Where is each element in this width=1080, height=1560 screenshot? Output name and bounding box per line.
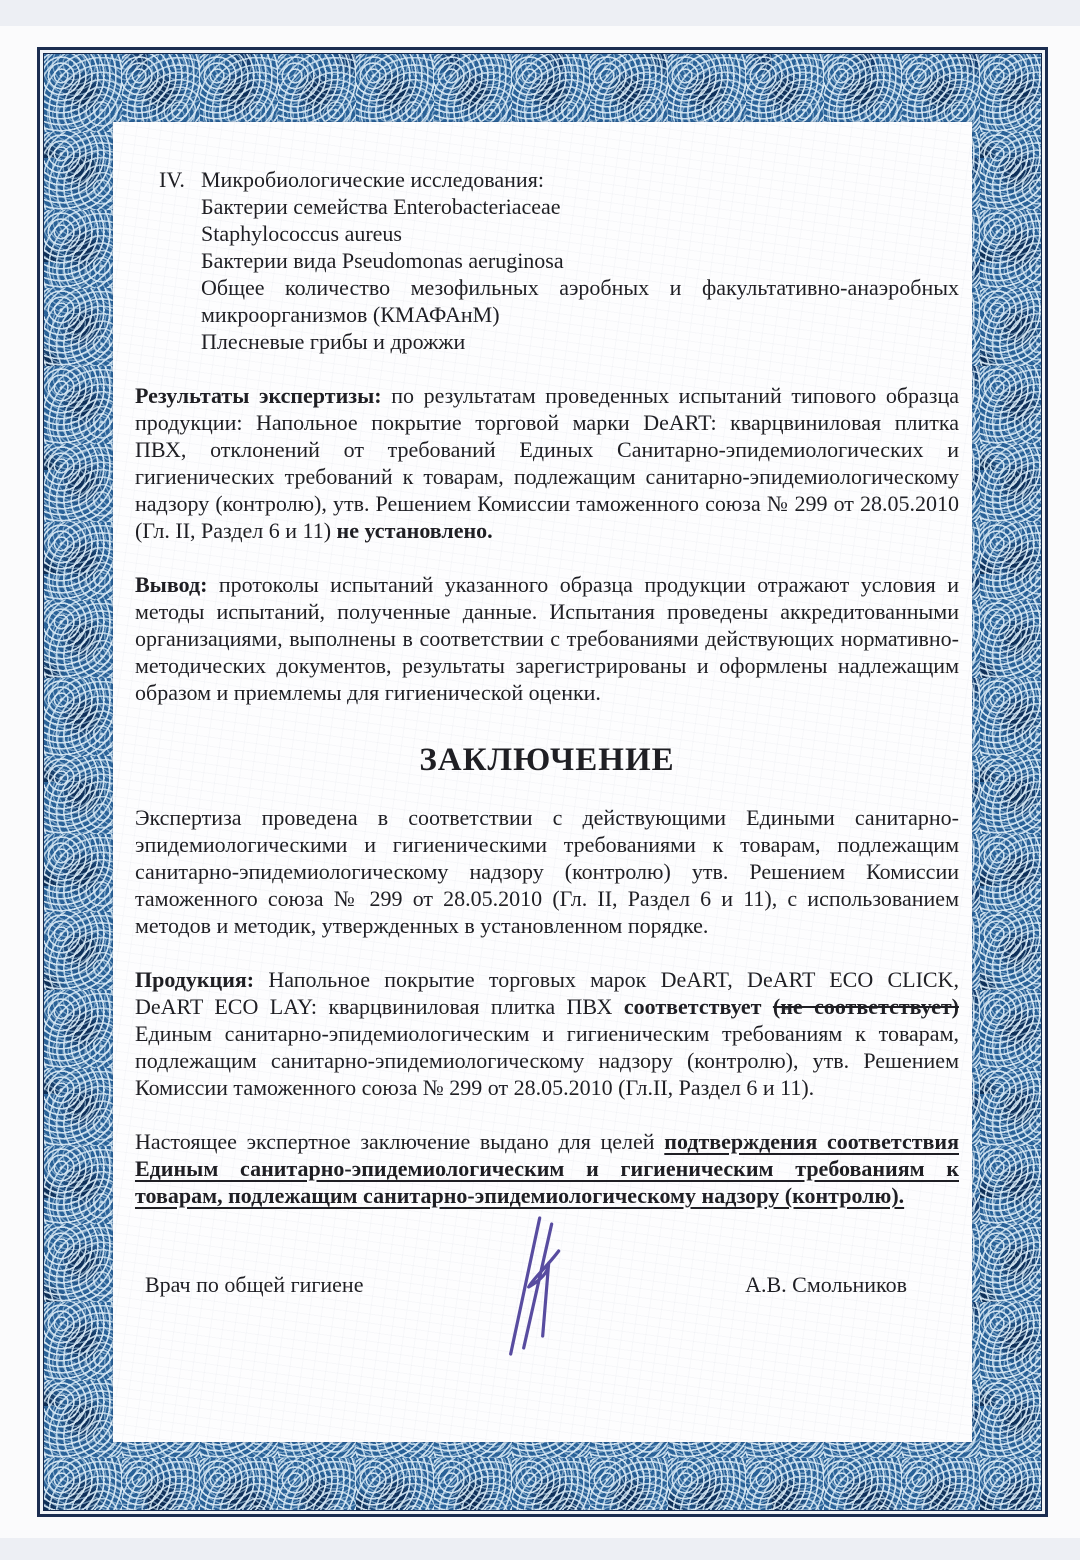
document-paper: IV. Микробиологические исследования: Бак…	[113, 122, 972, 1442]
scan-edge-bottom	[0, 1538, 1080, 1560]
section-title: Микробиологические исследования:	[201, 166, 959, 193]
conclusion-paragraph: Вывод: протоколы испытаний указанного об…	[135, 571, 959, 706]
microbiology-item: Staphylococcus aureus	[201, 220, 959, 247]
microbiology-item: Плесневые грибы и дрожжи	[201, 328, 959, 355]
production-match: соответствует	[624, 994, 762, 1019]
section-body: Микробиологические исследования: Бактери…	[201, 166, 959, 355]
purpose-text: Настоящее экспертное заключение выдано д…	[135, 1129, 655, 1154]
scan-edge-top	[0, 0, 1080, 26]
production-paragraph: Продукция: Напольное покрытие торговых м…	[135, 966, 959, 1101]
certificate-frame: IV. Микробиологические исследования: Бак…	[37, 47, 1048, 1517]
production-mismatch-struck: (не соответствует)	[773, 994, 959, 1019]
expertise-text: Экспертиза проведена в соответствии с де…	[135, 805, 959, 938]
section-iv: IV. Микробиологические исследования: Бак…	[135, 166, 959, 355]
document-heading: ЗАКЛЮЧЕНИЕ	[135, 740, 959, 780]
expertise-paragraph: Экспертиза проведена в соответствии с де…	[135, 804, 959, 939]
results-paragraph: Результаты экспертизы: по результатам пр…	[135, 382, 959, 544]
conclusion-text: протоколы испытаний указанного образца п…	[135, 572, 959, 705]
handwritten-signature	[487, 1211, 591, 1361]
microbiology-item: Общее количество мезофильных аэробных и …	[201, 274, 959, 328]
results-label: Результаты экспертизы:	[135, 383, 382, 408]
signature-row: Врач по общей гигиене А.В. Смольников	[135, 1271, 959, 1298]
conclusion-label: Вывод:	[135, 572, 207, 597]
document-content: IV. Микробиологические исследования: Бак…	[135, 166, 959, 1424]
section-number: IV.	[135, 166, 201, 355]
results-verdict: не установлено.	[337, 518, 493, 543]
production-label: Продукция:	[135, 967, 254, 992]
production-text-2: Единым санитарно-эпидемиологическим и ги…	[135, 1021, 959, 1100]
signer-role: Врач по общей гигиене	[135, 1271, 363, 1298]
microbiology-item: Бактерии семейства Enterobacteriaceae	[201, 193, 959, 220]
page-background: { "colors": { "page_background": "#fbfbf…	[0, 0, 1080, 1560]
microbiology-item: Бактерии вида Pseudomonas aeruginosa	[201, 247, 959, 274]
purpose-paragraph: Настоящее экспертное заключение выдано д…	[135, 1128, 959, 1209]
signer-name: А.В. Смольников	[745, 1271, 959, 1298]
